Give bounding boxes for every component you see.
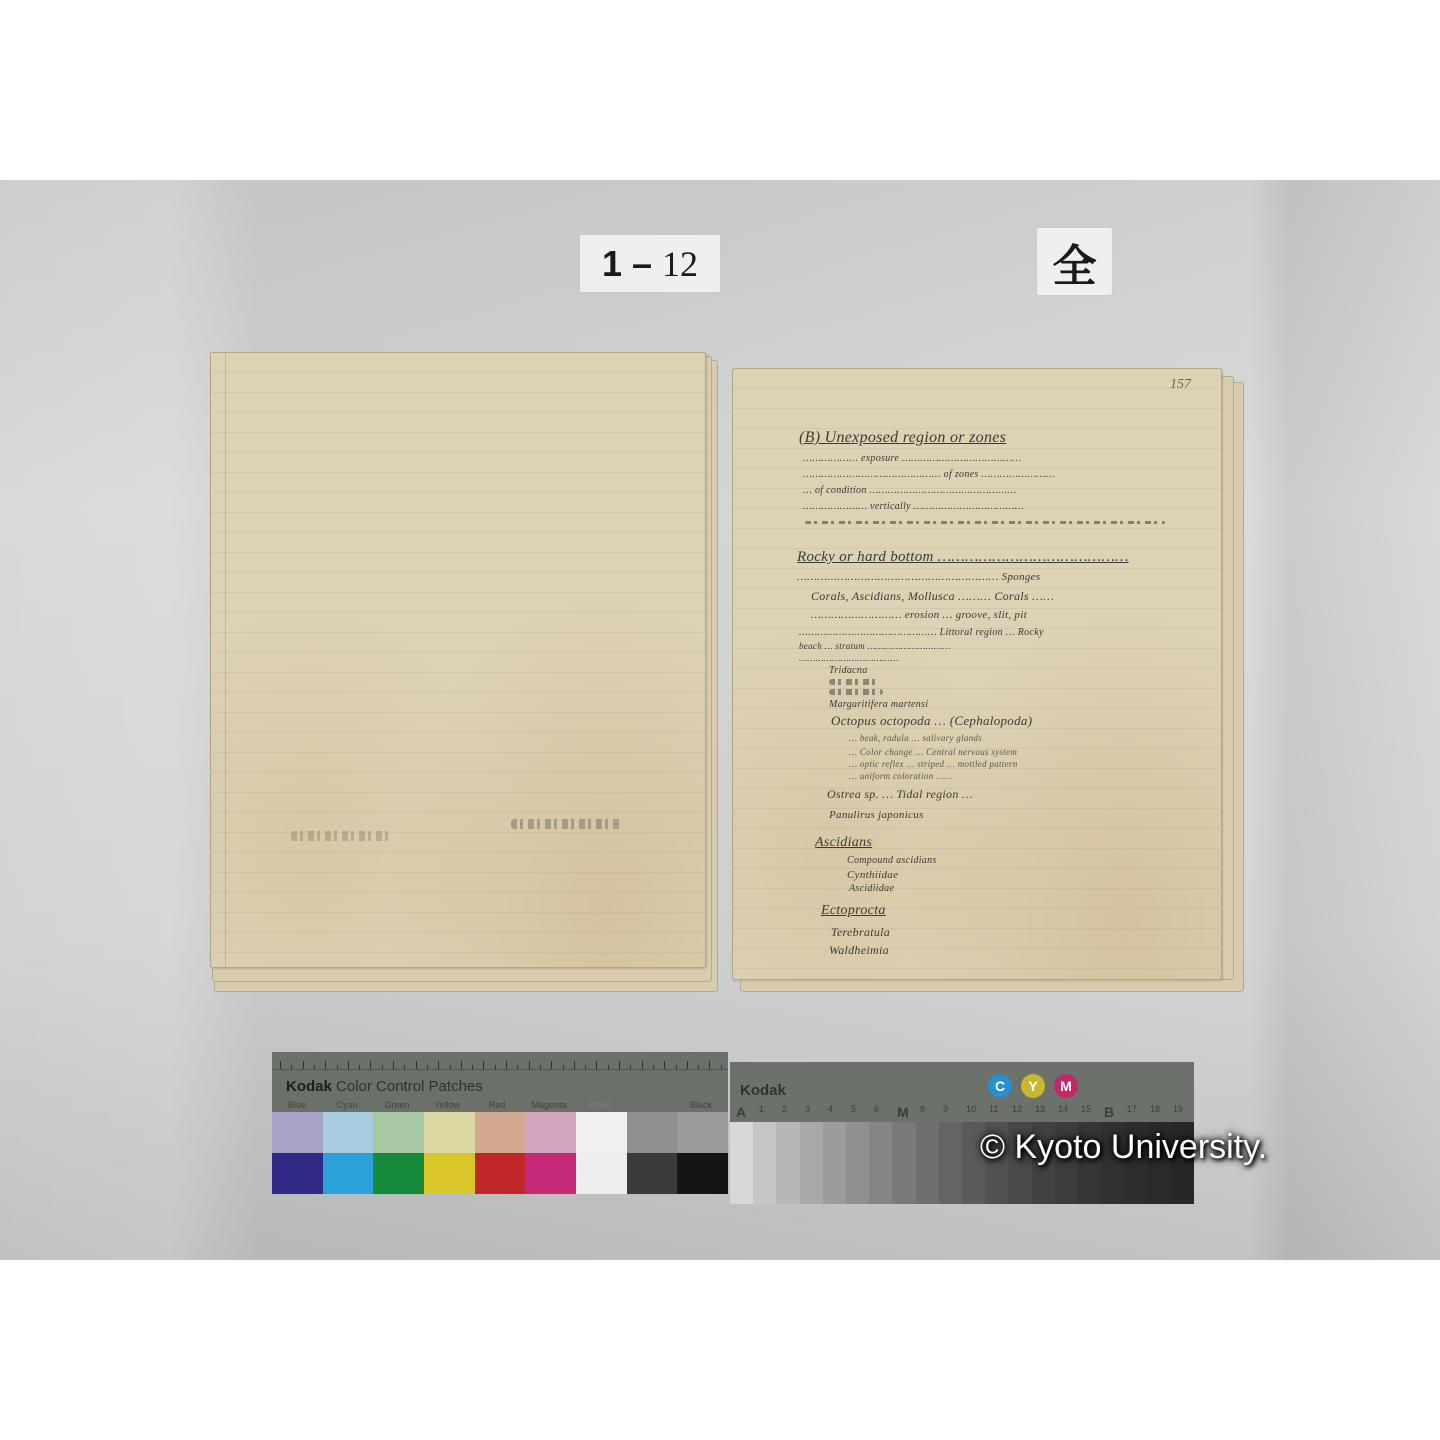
ruler-tick bbox=[664, 1061, 665, 1069]
gray-scale-label: M bbox=[897, 1104, 909, 1120]
gray-scale-label: 15 bbox=[1081, 1104, 1091, 1114]
gray-scale-label: 8 bbox=[920, 1104, 925, 1114]
ruler-tick bbox=[653, 1065, 654, 1069]
gray-scale-label: 13 bbox=[1035, 1104, 1045, 1114]
text-line: ……………………………… bbox=[799, 653, 899, 663]
copyright-watermark: © Kyoto University. bbox=[980, 1128, 1267, 1167]
gray-step bbox=[823, 1122, 846, 1204]
ruler-tick bbox=[563, 1065, 564, 1069]
ruler-tick bbox=[551, 1061, 552, 1069]
gray-step bbox=[776, 1122, 799, 1204]
species-name: Panulirus japonicus bbox=[829, 809, 924, 821]
gray-scale-label: 10 bbox=[966, 1104, 976, 1114]
gray-step bbox=[916, 1122, 939, 1204]
gray-step bbox=[869, 1122, 892, 1204]
species-name: Ostrea sp. … Tidal region … bbox=[827, 787, 973, 802]
ruler-tick bbox=[370, 1061, 371, 1069]
item-id-number: 12 bbox=[662, 243, 698, 285]
ruler-tick bbox=[676, 1065, 677, 1069]
ruler-tick bbox=[450, 1065, 451, 1069]
gray-scale-label: 6 bbox=[874, 1104, 879, 1114]
color-patch bbox=[576, 1112, 627, 1153]
faint-marks bbox=[291, 831, 391, 841]
group-heading: Ectoprocta bbox=[821, 903, 886, 919]
gray-scale-label: 19 bbox=[1173, 1104, 1183, 1114]
ruler-tick bbox=[630, 1065, 631, 1069]
margin-line bbox=[225, 353, 226, 967]
gray-scale-label: 12 bbox=[1012, 1104, 1022, 1114]
patch-name: Green bbox=[372, 1100, 422, 1110]
ruler-tick bbox=[687, 1061, 688, 1069]
gray-scale-label: 4 bbox=[828, 1104, 833, 1114]
crossed-out-word bbox=[829, 689, 883, 695]
note-line: … optic reflex … striped … mottled patte… bbox=[849, 759, 1018, 769]
color-patch bbox=[525, 1153, 576, 1194]
color-patch bbox=[373, 1153, 424, 1194]
kodak-color-control-patches: Kodak Color Control Patches Blue Cyan Gr… bbox=[272, 1052, 728, 1194]
gray-scale-label: 1 bbox=[759, 1104, 764, 1114]
kodak-brand: Kodak bbox=[740, 1082, 786, 1099]
ruler-tick bbox=[393, 1061, 394, 1069]
text-line: beach … stratum ………………………… bbox=[799, 641, 951, 651]
blank-ruled-page bbox=[210, 352, 706, 968]
ruler-tick bbox=[280, 1061, 281, 1069]
gray-step bbox=[730, 1122, 753, 1204]
gray-scale-label: 17 bbox=[1127, 1104, 1137, 1114]
gray-step bbox=[892, 1122, 915, 1204]
color-checker-title: Kodak Color Control Patches bbox=[286, 1078, 483, 1095]
ruler-tick bbox=[303, 1061, 304, 1069]
gray-step bbox=[846, 1122, 869, 1204]
color-patch bbox=[677, 1112, 728, 1153]
patch-name: Blue bbox=[272, 1100, 322, 1110]
note-line: … beak, radula … salivary glands bbox=[849, 733, 982, 743]
ruler-tick bbox=[574, 1061, 575, 1069]
section-heading: (B) Unexposed region or zones bbox=[799, 429, 1006, 447]
ruler-tick bbox=[472, 1065, 473, 1069]
ruler-tick bbox=[438, 1061, 439, 1069]
gray-scale-label: A bbox=[736, 1104, 746, 1120]
ruler-tick bbox=[585, 1065, 586, 1069]
patch-name: Cyan bbox=[322, 1100, 372, 1110]
patch-name: Magenta bbox=[524, 1100, 574, 1110]
cyan-badge: C bbox=[988, 1074, 1012, 1098]
ruler-tick bbox=[461, 1061, 462, 1069]
gray-scale-label: 14 bbox=[1058, 1104, 1068, 1114]
color-checker-subtitle: Color Control Patches bbox=[336, 1078, 483, 1095]
ruler-tick bbox=[337, 1065, 338, 1069]
left-document-stack bbox=[210, 352, 720, 992]
text-line: ……………… exposure ………………………………… bbox=[803, 453, 1021, 464]
patch-name: 3/Color bbox=[625, 1100, 675, 1110]
text-line: ……………………………………… of zones …………………… bbox=[803, 469, 1055, 480]
crossed-out-word bbox=[829, 679, 879, 685]
ruler-tick bbox=[325, 1061, 326, 1069]
kodak-brand: Kodak bbox=[286, 1078, 332, 1095]
ruler-scale bbox=[272, 1052, 728, 1070]
species-name: Tridacna bbox=[829, 665, 868, 676]
species-name: Margaritifera martensi bbox=[829, 699, 928, 710]
note-line: … uniform coloration …… bbox=[849, 771, 953, 781]
text-line: ………………… vertically ……………………………… bbox=[803, 501, 1024, 512]
gray-step bbox=[939, 1122, 962, 1204]
color-patch bbox=[475, 1153, 526, 1194]
right-document-stack: 157 (B) Unexposed region or zones ………………… bbox=[732, 368, 1244, 993]
group-item: Ascidiidae bbox=[849, 883, 894, 894]
color-patch bbox=[424, 1112, 475, 1153]
ruler-tick bbox=[596, 1061, 597, 1069]
color-patch bbox=[323, 1153, 374, 1194]
color-patch bbox=[677, 1153, 728, 1194]
color-patch bbox=[373, 1112, 424, 1153]
gray-scale-label: 3 bbox=[805, 1104, 810, 1114]
color-patch bbox=[627, 1153, 678, 1194]
color-patch bbox=[627, 1112, 678, 1153]
ruler-tick bbox=[540, 1065, 541, 1069]
ruler-tick bbox=[291, 1065, 292, 1069]
ruler-tick bbox=[709, 1061, 710, 1069]
note-line: … Color change … Central nervous system bbox=[849, 747, 1017, 757]
item-id-label: 1 – 12 bbox=[580, 235, 720, 292]
color-patch bbox=[475, 1112, 526, 1153]
color-patch bbox=[272, 1153, 323, 1194]
text-line: … of condition ………………………………………… bbox=[803, 485, 1017, 496]
gray-scale-label: 2 bbox=[782, 1104, 787, 1114]
archival-photograph: 1 – 12 全 157 (B) Unexposed region or zon… bbox=[0, 180, 1440, 1260]
group-heading: Ascidians bbox=[815, 835, 872, 851]
text-line: ……………………… erosion … groove, slit, pit bbox=[811, 609, 1027, 621]
ruler-tick bbox=[483, 1061, 484, 1069]
gray-scale-label: 9 bbox=[943, 1104, 948, 1114]
group-item: Compound ascidians bbox=[847, 855, 937, 866]
faint-marks bbox=[511, 819, 621, 829]
section-heading: Rocky or hard bottom …………………………………… bbox=[797, 549, 1129, 566]
item-id-prefix: 1 – bbox=[602, 243, 652, 285]
ruler-tick bbox=[314, 1065, 315, 1069]
gray-scale-label: 11 bbox=[989, 1104, 998, 1114]
ruler-tick bbox=[517, 1065, 518, 1069]
color-patch bbox=[272, 1112, 323, 1153]
ruler-tick bbox=[698, 1065, 699, 1069]
ruler-tick bbox=[348, 1061, 349, 1069]
ruler-tick bbox=[416, 1061, 417, 1069]
ruler-tick bbox=[619, 1061, 620, 1069]
group-item: Terebratula bbox=[831, 925, 890, 940]
text-line: Corals, Ascidians, Mollusca ……… Corals …… bbox=[811, 589, 1054, 604]
color-patch bbox=[525, 1112, 576, 1153]
handwritten-page: 157 (B) Unexposed region or zones ………………… bbox=[732, 368, 1222, 980]
color-patch-grid bbox=[272, 1112, 728, 1194]
yellow-badge: Y bbox=[1021, 1074, 1045, 1098]
color-patch bbox=[576, 1153, 627, 1194]
patch-names: Blue Cyan Green Yellow Red Magenta White… bbox=[272, 1100, 728, 1112]
species-name: Octopus octopoda … (Cephalopoda) bbox=[831, 713, 1032, 729]
ruler-tick bbox=[529, 1061, 530, 1069]
group-item: Cynthiidae bbox=[847, 869, 898, 881]
strikethrough-line bbox=[805, 521, 1165, 524]
patch-name: Black bbox=[676, 1100, 726, 1110]
color-patch bbox=[424, 1153, 475, 1194]
gray-scale-label: B bbox=[1104, 1104, 1114, 1120]
magenta-badge: M bbox=[1054, 1074, 1078, 1098]
gray-scale-label: 18 bbox=[1150, 1104, 1160, 1114]
color-patch bbox=[323, 1112, 374, 1153]
patch-name: Red bbox=[472, 1100, 522, 1110]
ruler-tick bbox=[404, 1065, 405, 1069]
ruler-tick bbox=[608, 1065, 609, 1069]
gray-scale-label: 5 bbox=[851, 1104, 856, 1114]
ruler-tick bbox=[382, 1065, 383, 1069]
gray-step bbox=[800, 1122, 823, 1204]
page-number: 157 bbox=[1170, 377, 1191, 393]
patch-name: Yellow bbox=[422, 1100, 472, 1110]
volume-marker-label: 全 bbox=[1037, 228, 1112, 295]
ruler-tick bbox=[495, 1065, 496, 1069]
ruler-tick bbox=[359, 1065, 360, 1069]
text-line: …………………………………………………… Sponges bbox=[797, 571, 1040, 583]
ruler-tick bbox=[506, 1061, 507, 1069]
ruler-tick bbox=[642, 1061, 643, 1069]
patch-name: White bbox=[575, 1100, 625, 1110]
text-line: ……………………………………… Littoral region … Rocky bbox=[799, 627, 1044, 638]
ruler-tick bbox=[427, 1065, 428, 1069]
gray-step bbox=[753, 1122, 776, 1204]
group-item: Waldheimia bbox=[829, 943, 889, 958]
ruler-tick bbox=[721, 1065, 722, 1069]
